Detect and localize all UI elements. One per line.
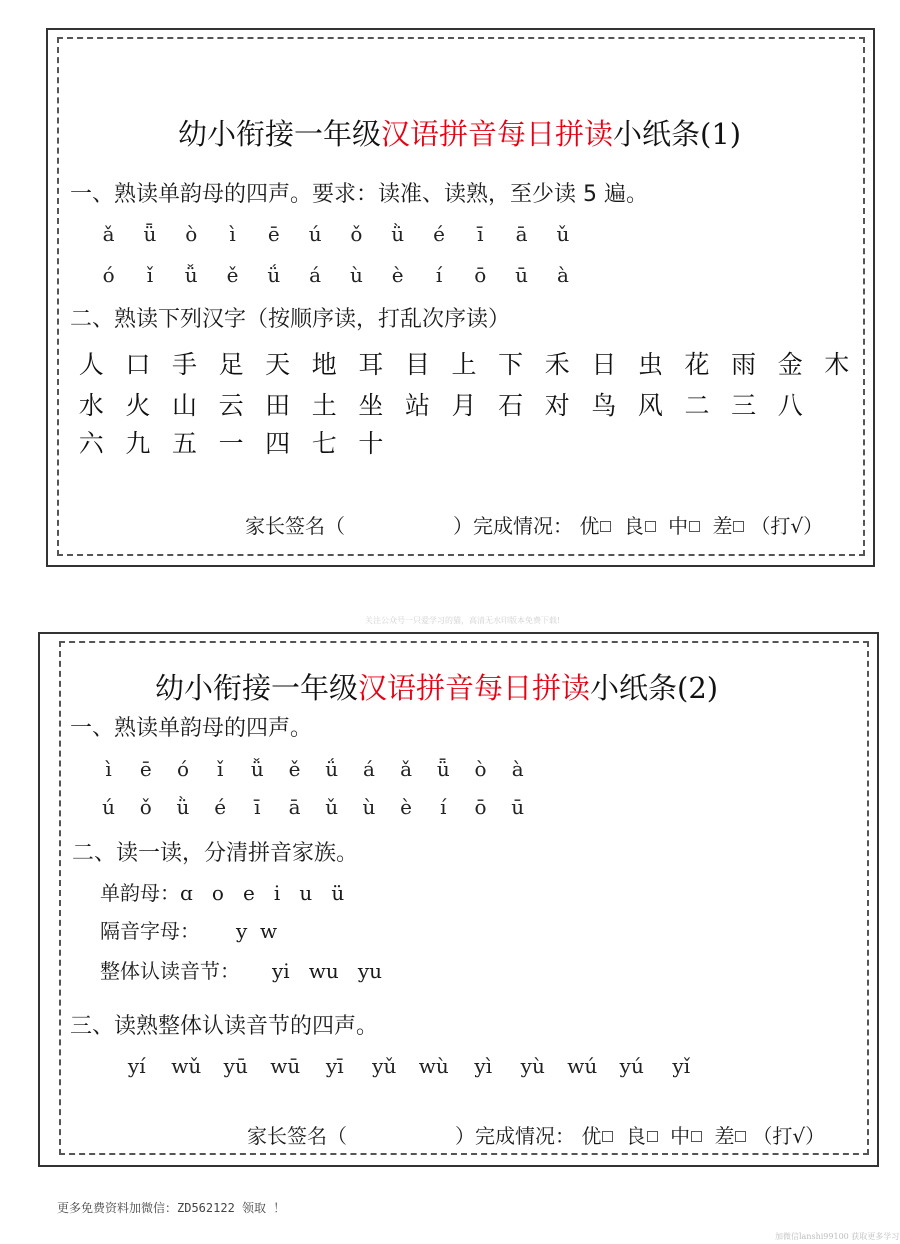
pinyin-vowel: ǐ [129,263,170,287]
hanzi-character: 雨 [720,345,767,381]
completion-label: ）完成情况： [453,514,573,538]
pinyin-vowel: ú [90,795,127,819]
signature-label: 家长签名（ [247,1124,347,1148]
checkbox-icon[interactable] [733,521,744,532]
rating-good[interactable]: 良 [624,514,662,538]
title-highlight: 汉语拼音每日拼读 [358,671,590,705]
pinyin-vowel: ī [239,795,276,819]
pinyin-vowel: á [294,263,335,287]
hanzi-character: 云 [208,386,255,422]
card-1-pinyin-row-1: ǎǖòìēúǒǜéīāǔ [88,222,584,246]
pinyin-vowel: í [418,263,459,287]
pinyin-vowel: ǎ [388,757,425,781]
title-suffix: 小纸条(2) [590,671,718,705]
hanzi-character: 一 [208,424,255,460]
pinyin-syllable: wū [261,1054,311,1078]
pinyin-syllable: yǐ [657,1054,707,1078]
card-2-title: 幼小衔接一年级汉语拼音每日拼读小纸条(2) [155,666,718,707]
card-2-pinyin-row-1: ìēóǐǚěǘáǎǖòà [90,757,536,781]
hanzi-character: 月 [441,386,488,422]
card-2-section-1-heading: 一、熟读单韵母的四声。 [70,711,312,742]
hanzi-character: 坐 [348,386,395,422]
hanzi-character: 日 [581,345,628,381]
pinyin-vowel: é [418,222,459,246]
pinyin-vowel: ǘ [313,757,350,781]
hanzi-character: 十 [348,424,395,460]
hanzi-character: 田 [254,386,301,422]
pinyin-syllable: yū [211,1054,261,1078]
family-letters: ɑ o e i u ü [180,881,344,905]
pinyin-syllable: yī [310,1054,360,1078]
hanzi-character: 七 [301,424,348,460]
pinyin-vowel: ǘ [253,263,294,287]
title-prefix: 幼小衔接一年级 [155,671,358,705]
checkbox-icon[interactable] [645,521,656,532]
signature-label: 家长签名（ [245,514,345,538]
pinyin-vowel: ó [88,263,129,287]
check-note: （打√） [750,514,823,538]
checkbox-icon[interactable] [691,1131,702,1142]
pinyin-vowel: ī [460,222,501,246]
pinyin-vowel: è [377,263,418,287]
pinyin-vowel: ě [276,757,313,781]
card-1-hanzi-row-1: 人口手足天地耳目上下禾日虫花雨金木 [68,345,860,381]
family-letters: yi wu yu [272,959,382,983]
hanzi-character: 九 [115,424,162,460]
checkbox-icon[interactable] [600,521,611,532]
hanzi-character: 禾 [534,345,581,381]
pinyin-vowel: ǚ [171,263,212,287]
card-1-hanzi-row-2: 水火山云田土坐站月石对鸟风二三八 [68,386,814,422]
pinyin-vowel: ā [276,795,313,819]
pinyin-vowel: ō [462,795,499,819]
pinyin-vowel: ǖ [425,757,462,781]
pinyin-vowel: ā [501,222,542,246]
rating-excellent[interactable]: 优 [579,514,617,538]
rating-poor[interactable]: 差 [714,1124,752,1148]
pinyin-vowel: ǎ [88,222,129,246]
pinyin-vowel: ú [294,222,335,246]
pinyin-vowel: ì [212,222,253,246]
pinyin-vowel: ò [462,757,499,781]
pinyin-syllable: wǔ [162,1054,212,1078]
card-1-title: 幼小衔接一年级汉语拼音每日拼读小纸条(1) [178,112,741,153]
checkbox-icon[interactable] [735,1131,746,1142]
pinyin-vowel: ò [171,222,212,246]
hanzi-character: 四 [254,424,301,460]
checkbox-icon[interactable] [602,1131,613,1142]
hanzi-character: 足 [208,345,255,381]
family-label: 隔音字母： [100,919,200,943]
hanzi-character: 天 [254,345,301,381]
title-suffix: 小纸条(1) [613,117,741,151]
pinyin-vowel: ō [460,263,501,287]
hanzi-character: 八 [767,386,814,422]
pinyin-vowel: á [350,757,387,781]
pinyin-syllable: yù [508,1054,558,1078]
pinyin-syllable: yú [607,1054,657,1078]
family-label: 整体认读音节： [100,959,240,983]
title-prefix: 幼小衔接一年级 [178,117,381,151]
footer-note: 更多免费资料加微信：ZD562122 领取 ！ [57,1199,285,1216]
pinyin-vowel: ǖ [129,222,170,246]
pinyin-vowel: ē [253,222,294,246]
hanzi-character: 三 [720,386,767,422]
pinyin-vowel: ǜ [377,222,418,246]
pinyin-vowel: í [425,795,462,819]
family-whole-syllables: 整体认读音节：yi wu yu [100,955,382,984]
pinyin-syllable: wù [409,1054,459,1078]
hanzi-character: 五 [161,424,208,460]
hanzi-character: 花 [674,345,721,381]
hanzi-character: 木 [814,345,861,381]
card-1-hanzi-row-3: 六九五一四七十 [68,424,394,460]
card-2-syllable-row: yíwǔyūwūyīyǔwùyìyùwúyúyǐ [112,1054,706,1078]
check-note: （打√） [752,1124,825,1148]
pinyin-vowel: è [388,795,425,819]
hanzi-character: 上 [441,345,488,381]
card-2-section-2-heading: 二、读一读，分清拼音家族。 [72,836,358,867]
pinyin-vowel: ù [350,795,387,819]
card-1-parent-signature-line: 家长签名（）完成情况： 优 良 中 差（打√） [245,510,823,539]
watermark-middle: 关注公众号一只爱学习的猫，高清无水印版本免费下载! [365,615,560,626]
family-label: 单韵母： [100,881,180,905]
hanzi-character: 耳 [348,345,395,381]
card-1-pinyin-row-2: óǐǚěǘáùèíōūà [88,263,584,287]
pinyin-vowel: é [202,795,239,819]
hanzi-character: 人 [68,345,115,381]
hanzi-character: 下 [487,345,534,381]
pinyin-vowel: ě [212,263,253,287]
hanzi-character: 金 [767,345,814,381]
hanzi-character: 虫 [627,345,674,381]
hanzi-character: 山 [161,386,208,422]
rating-average[interactable]: 中 [670,1124,708,1148]
hanzi-character: 手 [161,345,208,381]
hanzi-character: 二 [674,386,721,422]
pinyin-vowel: ǒ [127,795,164,819]
pinyin-vowel: ǔ [542,222,583,246]
pinyin-vowel: ǔ [313,795,350,819]
family-separator-letters: 隔音字母：y w [100,915,277,944]
family-letters: y w [236,919,277,943]
hanzi-character: 口 [115,345,162,381]
watermark-bottom-right: 加微信lanshi99100 获取更多学习资料 [775,1231,900,1242]
pinyin-vowel: ǚ [239,757,276,781]
hanzi-character: 风 [627,386,674,422]
card-2-pinyin-row-2: úǒǜéīāǔùèíōū [90,795,536,819]
card-1-section-2-heading: 二、熟读下列汉字（按顺序读，打乱次序读） [70,302,510,333]
hanzi-character: 站 [394,386,441,422]
rating-excellent[interactable]: 优 [581,1124,619,1148]
title-highlight: 汉语拼音每日拼读 [381,117,613,151]
checkbox-icon[interactable] [689,521,700,532]
hanzi-character: 目 [394,345,441,381]
hanzi-character: 六 [68,424,115,460]
pinyin-vowel: ǒ [336,222,377,246]
pinyin-vowel: à [542,263,583,287]
pinyin-vowel: ǜ [164,795,201,819]
pinyin-syllable: wú [558,1054,608,1078]
card-2-parent-signature-line: 家长签名（）完成情况： 优 良 中 差（打√） [247,1120,825,1149]
pinyin-vowel: ē [127,757,164,781]
pinyin-vowel: ǐ [202,757,239,781]
pinyin-syllable: yǔ [360,1054,410,1078]
pinyin-vowel: ó [164,757,201,781]
pinyin-vowel: ì [90,757,127,781]
pinyin-syllable: yì [459,1054,509,1078]
hanzi-character: 鸟 [581,386,628,422]
hanzi-character: 土 [301,386,348,422]
hanzi-character: 对 [534,386,581,422]
hanzi-character: 水 [68,386,115,422]
family-simple-finals: 单韵母：ɑ o e i u ü [100,877,344,906]
hanzi-character: 地 [301,345,348,381]
rating-average[interactable]: 中 [668,514,706,538]
pinyin-syllable: yí [112,1054,162,1078]
pinyin-vowel: ù [336,263,377,287]
rating-poor[interactable]: 差 [712,514,750,538]
pinyin-vowel: à [499,757,536,781]
hanzi-character: 火 [115,386,162,422]
checkbox-icon[interactable] [647,1131,658,1142]
card-2-section-3-heading: 三、读熟整体认读音节的四声。 [70,1009,378,1040]
rating-good[interactable]: 良 [626,1124,664,1148]
completion-label: ）完成情况： [455,1124,575,1148]
card-1-section-1-heading: 一、熟读单韵母的四声。要求：读准、读熟，至少读 5 遍。 [70,177,648,208]
pinyin-vowel: ū [499,795,536,819]
pinyin-vowel: ū [501,263,542,287]
hanzi-character: 石 [487,386,534,422]
